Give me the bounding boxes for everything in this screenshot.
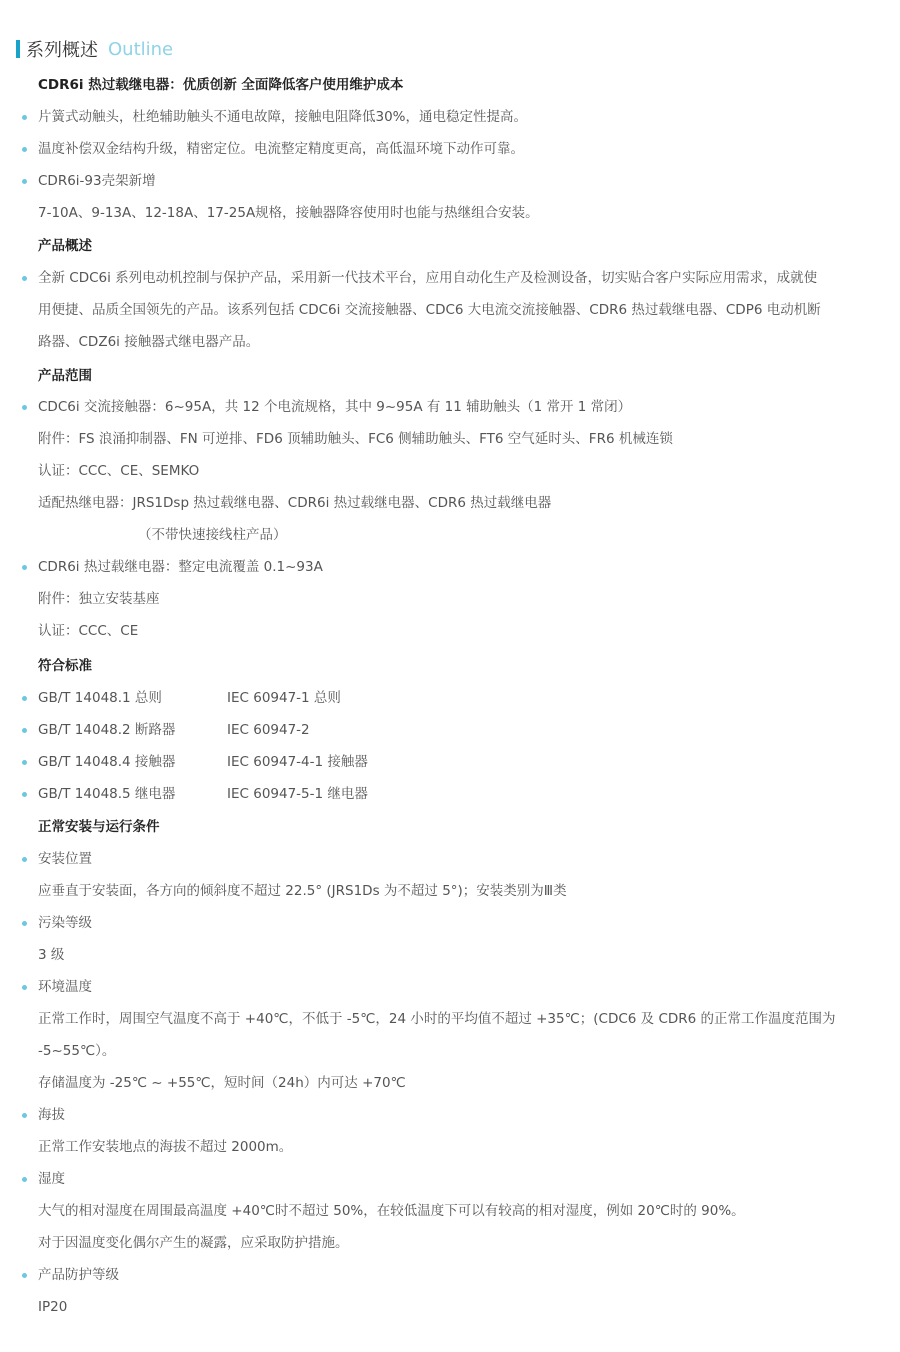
bullet-icon [22,147,27,152]
body-text: 附件：FS 浪涌抑制器、FN 可逆排、FD6 顶辅助触头、FC6 侧辅助触头、F… [38,429,673,449]
bullet-icon [22,921,27,926]
body-text: 对于因温度变化偶尔产生的凝露，应采取防护措施。 [38,1233,349,1253]
bullet-icon [22,179,27,184]
body-text: 附件：独立安装基座 [38,589,160,609]
bullet-icon [22,115,27,120]
section-heading: CDR6i 热过载继电器：优质创新 全面降低客户使用维护成本 [38,75,403,95]
body-text: 正常工作安装地点的海拔不超过 2000m。 [38,1137,292,1157]
body-text: 认证：CCC、CE [38,621,138,641]
body-text: 认证：CCC、CE、SEMKO [38,461,199,481]
bullet-item: CDC6i 交流接触器：6~95A，共 12 个电流规格，其中 9~95A 有 … [38,397,631,417]
body-text: 3 级 [38,945,64,965]
bullet-item: 产品防护等级 [38,1265,119,1285]
body-text: 7-10A、9-13A、12-18A、17-25A规格，接触器降容使用时也能与热… [38,203,539,223]
standard-iec: IEC 60947-1 总则 [227,688,341,708]
bullet-icon [22,760,27,765]
body-text: 路器、CDZ6i 接触器式继电器产品。 [38,332,259,352]
bullet-item: 全新 CDC6i 系列电动机控制与保护产品，采用新一代技术平台，应用自动化生产及… [38,268,817,288]
section-heading: 产品范围 [38,366,92,386]
bullet-item: CDR6i-93壳架新增 [38,171,156,191]
bullet-icon [22,857,27,862]
body-text: 用便捷、品质全国领先的产品。该系列包括 CDC6i 交流接触器、CDC6 大电流… [38,300,821,320]
bullet-icon [22,792,27,797]
body-text: 正常工作时，周围空气温度不高于 +40℃，不低于 -5℃，24 小时的平均值不超… [38,1009,836,1029]
bullet-item: 海拔 [38,1105,65,1125]
bullet-item: 安装位置 [38,849,92,869]
standard-gb: GB/T 14048.2 断路器 [38,720,175,740]
bullet-item: 温度补偿双金结构升级，精密定位。电流整定精度更高，高低温环境下动作可靠。 [38,139,524,159]
bullet-icon [22,276,27,281]
body-text: 存储温度为 -25℃ ~ +55℃，短时间（24h）内可达 +70℃ [38,1073,406,1093]
section-heading: 符合标准 [38,656,92,676]
standard-iec: IEC 60947-4-1 接触器 [227,752,368,772]
bullet-icon [22,1273,27,1278]
bullet-item: 片簧式动触头，杜绝辅助触头不通电故障，接触电阻降低30%，通电稳定性提高。 [38,107,527,127]
bullet-icon [22,985,27,990]
section-heading: 产品概述 [38,236,92,256]
bullet-item: 污染等级 [38,913,92,933]
body-text: 适配热继电器：JRS1Dsp 热过载继电器、CDR6i 热过载继电器、CDR6 … [38,493,551,513]
bullet-icon [22,565,27,570]
bullet-item: 湿度 [38,1169,65,1189]
standard-gb: GB/T 14048.1 总则 [38,688,162,708]
body-text: -5~55℃）。 [38,1041,115,1061]
standard-gb: GB/T 14048.4 接触器 [38,752,175,772]
title-chinese: 系列概述 [26,36,98,62]
bullet-icon [22,696,27,701]
bullet-item: CDR6i 热过载继电器：整定电流覆盖 0.1~93A [38,557,323,577]
standard-iec: IEC 60947-2 [227,720,310,740]
section-title: 系列概述 Outline [16,36,173,62]
bullet-icon [22,728,27,733]
body-text: 大气的相对湿度在周围最高温度 +40℃时不超过 50%，在较低温度下可以有较高的… [38,1201,745,1221]
body-text: IP20 [38,1297,67,1317]
section-heading: 正常安装与运行条件 [38,817,160,837]
bullet-icon [22,405,27,410]
body-text: 应垂直于安装面，各方向的倾斜度不超过 22.5° (JRS1Ds 为不超过 5°… [38,881,567,901]
standard-iec: IEC 60947-5-1 继电器 [227,784,368,804]
title-accent-bar [16,40,20,58]
standard-gb: GB/T 14048.5 继电器 [38,784,175,804]
body-text: （不带快速接线柱产品） [138,525,287,545]
bullet-icon [22,1177,27,1182]
bullet-item: 环境温度 [38,977,92,997]
bullet-icon [22,1113,27,1118]
title-english: Outline [108,39,173,60]
